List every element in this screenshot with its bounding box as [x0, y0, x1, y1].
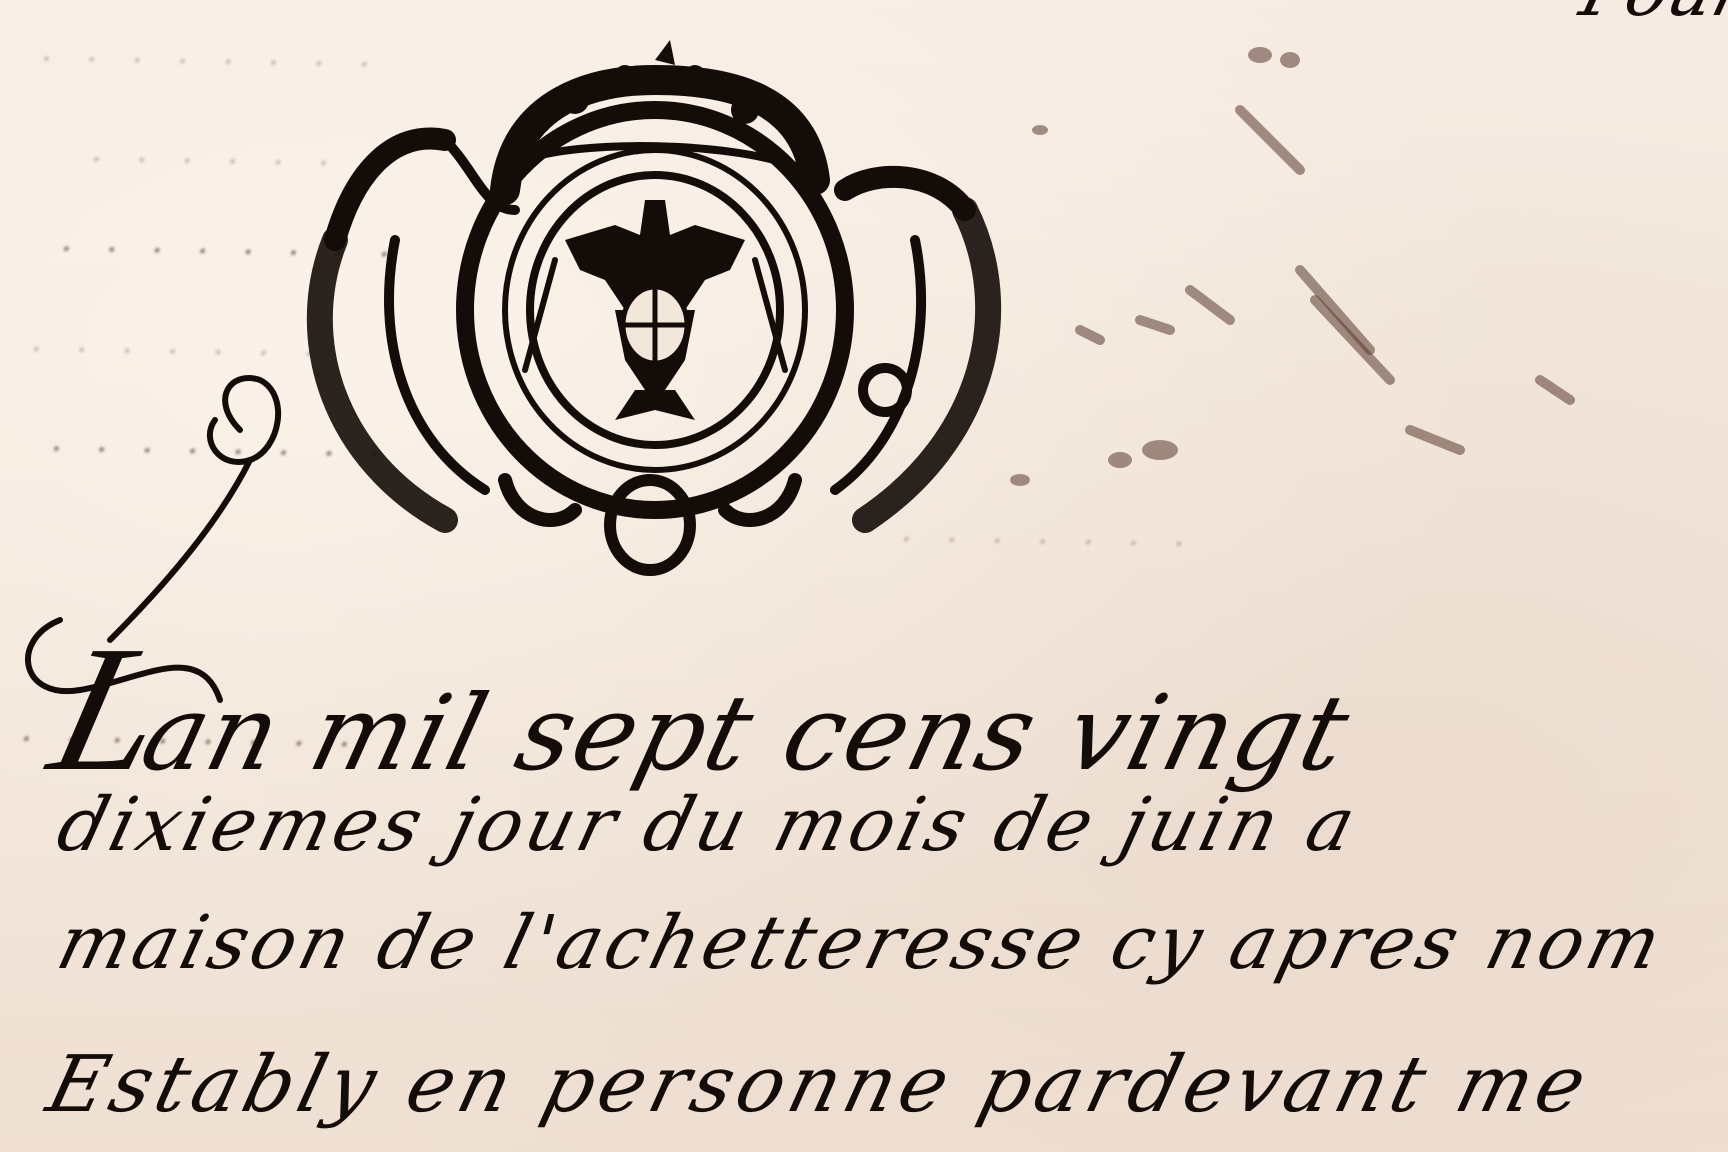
eagle-seal-stamp [275, 20, 1035, 580]
manuscript-page: · · · · · · · · · · · · · · · · · · · · … [0, 0, 1728, 1152]
manuscript-line-3: maison de l'achetteresse cy apres nom [49, 900, 1673, 986]
line-text: an mil sept cens vingt [131, 672, 1363, 794]
manuscript-line-4: Estably en personne pardevant me [39, 1040, 1600, 1130]
manuscript-line-2: dixiemes jour du mois de juin a [49, 782, 1367, 868]
corner-word-fragment: Pour [1573, 0, 1728, 32]
manuscript-line-1: Lan mil sept cens vingt [34, 605, 1379, 812]
